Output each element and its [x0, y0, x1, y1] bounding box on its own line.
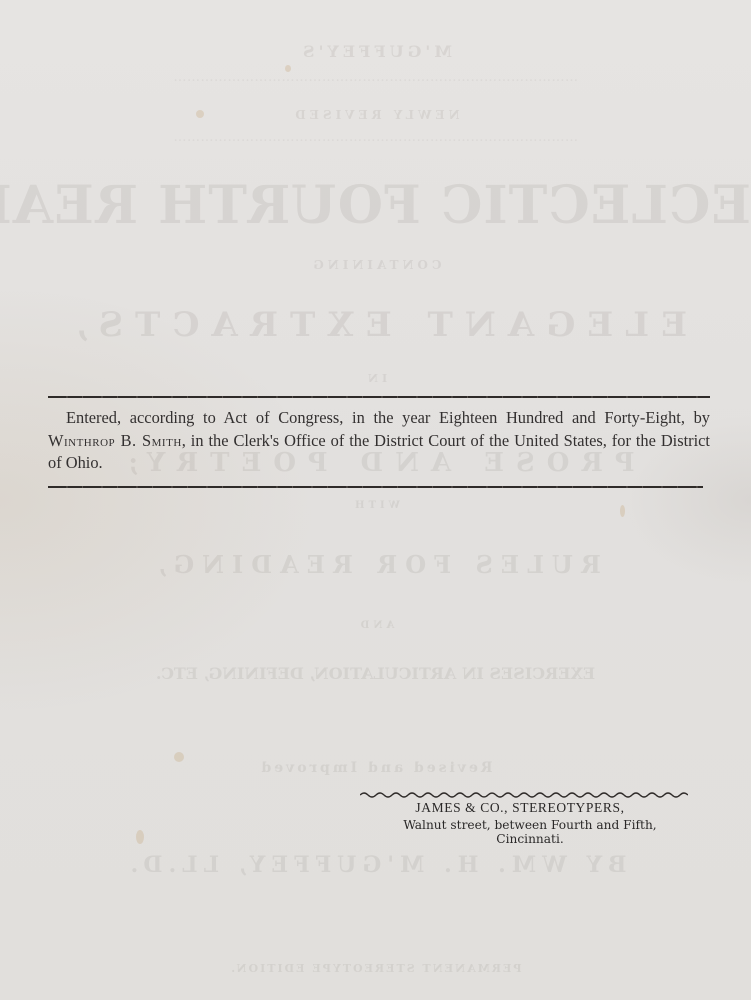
foxing-spot [196, 110, 204, 118]
foxing-spot [620, 505, 625, 517]
copyright-paragraph: Entered, according to Act of Congress, i… [48, 407, 710, 475]
show-through-line: CONTAINING [0, 258, 751, 272]
show-through-filler: ……………………………………………………………………………… [0, 70, 751, 85]
show-through-line: EXERCISES IN ARTICULATION, DEFINING, ETC… [0, 664, 751, 683]
foxing-spot [136, 830, 144, 844]
stereotyper-address: Walnut street, between Fourth and Fifth,… [370, 818, 690, 846]
foxing-spot [285, 65, 291, 72]
show-through-line: IN [0, 372, 751, 385]
show-through-line: ECLECTIC FOURTH READER: [0, 175, 751, 236]
top-rule [48, 396, 710, 398]
foxing-spot [174, 752, 184, 762]
copyright-text-before: Entered, according to Act of Congress, i… [66, 408, 710, 427]
show-through-line: NEWLY REVISED [0, 108, 751, 122]
show-through-line: PERMANENT STEREOTYPE EDITION. [0, 962, 751, 975]
show-through-filler: ……………………………………………………………………………… [0, 130, 751, 145]
copyright-holder-name: Winthrop B. Smith [48, 431, 182, 450]
show-through-line: BY WM. H. M'GUFFEY, LL.D. [0, 852, 751, 878]
bottom-rule [48, 486, 703, 488]
stereotyper-name: JAMES & CO., STEREOTYPERS, [340, 800, 700, 816]
copyright-notice: Entered, according to Act of Congress, i… [48, 407, 710, 475]
show-through-line: ELEGANT EXTRACTS, [0, 305, 751, 345]
wavy-rule [360, 790, 688, 800]
show-through-line: Revised and Improved [0, 760, 751, 776]
show-through-line: RULES FOR READING, [0, 550, 751, 579]
show-through-line: M'GUFFEY'S [0, 42, 751, 61]
show-through-line: AND [0, 620, 751, 631]
show-through-line: WITH [0, 500, 751, 511]
